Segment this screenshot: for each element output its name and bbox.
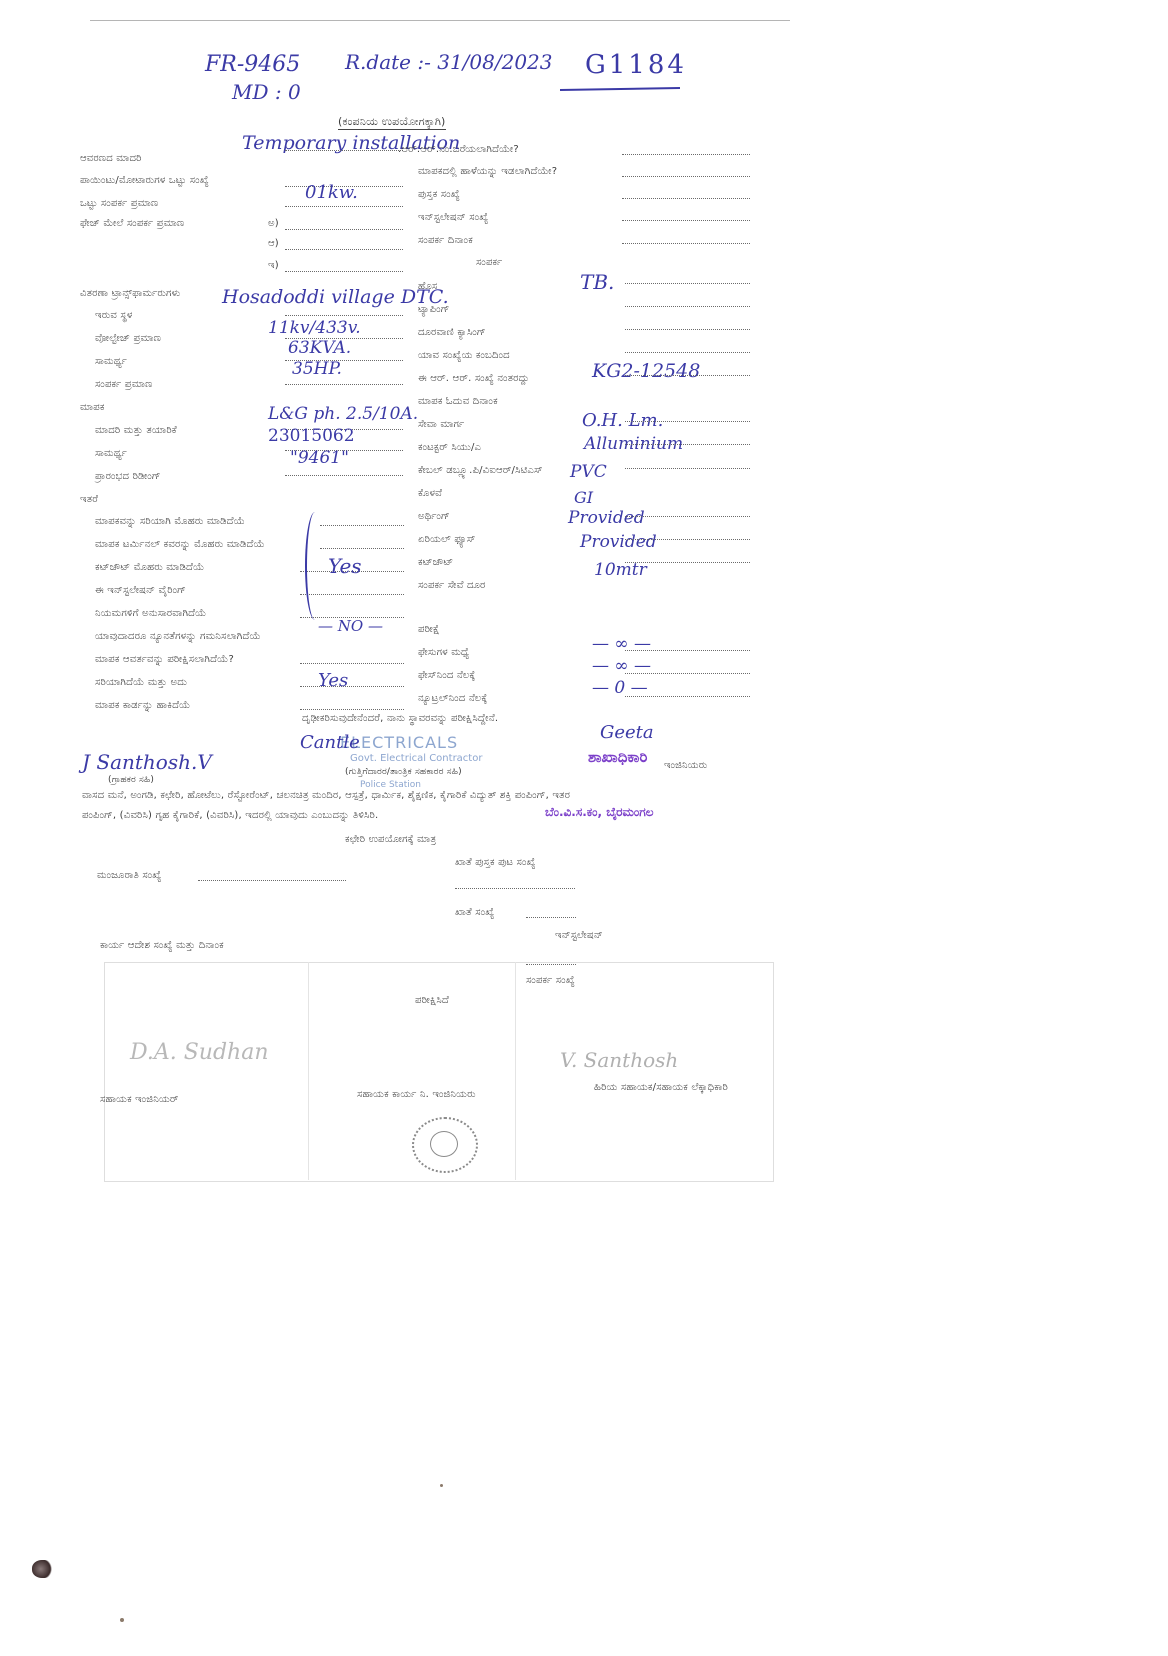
pole-no-line: [625, 352, 750, 353]
rr-written-line: [622, 154, 750, 155]
between-phases-line: [625, 650, 750, 651]
rr-after-label: ಈ ಆರ್. ಆರ್. ಸಂಖ್ಯೆ ನಂತರದ್ದು: [418, 373, 529, 384]
phase-c-label: ಇ): [268, 260, 279, 271]
service-route-label: ಸೇವಾ ಮಾರ್ಗ: [418, 419, 464, 430]
cable-value: PVC: [570, 462, 607, 482]
consumer-sign-label: (ಗ್ರಾಹಕರ ಸಹಿ): [108, 775, 154, 785]
meter-capacity-value: 23015062: [268, 426, 355, 446]
capacity-value: 35HP.: [292, 359, 342, 379]
ledger-page-label: ಖಾತೆ ಪುಸ್ತಕ ಪುಟ ಸಂಖ್ಯೆ: [455, 857, 536, 868]
rr-written-label: .ಆರ್.ಆರ್.ನಂ.ಬರೆಯಲಾಗಿದೆಯೇ?: [398, 144, 519, 155]
check-meter-card: ಮಾಪಕ ಕಾರ್ಡನ್ನು ಹಾಕಿದೆಯೆ: [95, 700, 191, 711]
cable-label: ಕೇಬಲ್ ಡಬ್ಲ್ಯೂ.ಪಿ/ವಿಐಆರ್/ಸಿಟಿಎಸ್: [418, 465, 543, 476]
total-load-line: [285, 206, 403, 207]
phase-a-line: [285, 229, 403, 230]
initial-reading-value: "9461": [290, 448, 349, 468]
location-value: 11kv/433v.: [268, 318, 361, 338]
installation-label: ಇನ್‌ಸ್ಟಲೇಷನ್: [555, 930, 603, 941]
usage-note-line-1: ವಾಸದ ಮನೆ, ಅಂಗಡಿ, ಕಛೇರಿ, ಹೋಟೆಲು, ರೆಸ್ಟೋರೆ…: [82, 790, 570, 801]
tapping-label: ಟ್ಯಾಪಿಂಗ್: [418, 304, 450, 315]
scan-blot: [32, 1560, 54, 1578]
check-defects-noted: ಯಾವುದಾದರೂ ನ್ಯೂನತೆಗಳನ್ನು ಗಮನಿಸಲಾಗಿದೆಯೆ: [95, 631, 261, 642]
premises-model-label: ಆವರಣದ ಮಾದರಿ: [80, 153, 142, 164]
tapping-line: [625, 306, 750, 307]
transformer-value: Hosadoddi village DTC.: [222, 286, 449, 308]
account-no-label: ಖಾತೆ ಸಂಖ್ಯೆ: [455, 907, 495, 918]
phase-a-label: ಅ): [268, 218, 279, 229]
check-cutout-sealed: ಕಟ್‌ಜೌಟ್ ಮೊಹರು ಮಾಡಿದೆಯೆ: [95, 562, 204, 573]
ledger-page-line: [455, 888, 575, 889]
contractor-signature: Cantle: [300, 732, 360, 753]
book-no-label: ಪುಸ್ತಕ ಸಂಖ್ಯೆ: [418, 189, 460, 200]
check-line-2: [320, 548, 404, 549]
engineer-stamp-address: ಬೆಂ.ವಿ.ಸ.ಕಂ, ಬೈರಮಂಗಲ: [545, 805, 654, 820]
between-phases-value: — ∞ —: [592, 634, 651, 654]
new-label: ಹೊಸ: [418, 281, 437, 292]
verified-label: ಪರೀಕ್ಷಿಸಿದೆ: [415, 995, 449, 1006]
approval-divider-1: [308, 962, 309, 1180]
contactor-label: ಕಂಟಕ್ಟರ್ ಸಿಯು/ಎ: [418, 442, 481, 453]
service-route-line: [625, 421, 750, 422]
phase-load-label: ಫೇಜ್ ಮೇಲೆ ಸಂಪರ್ಕ ಪ್ರಮಾಣ: [80, 218, 184, 229]
voltage-label: ವೋಲ್ಟೇಜ್ ಪ್ರಮಾಣ: [95, 333, 161, 344]
handwritten-brace: [305, 512, 325, 620]
earthing-line: [625, 516, 750, 517]
certification-statement: ದೃಢೀಕರಿಸುವುದೇನೆಂದರೆ, ನಾನು ಸ್ಥಾವರವನ್ನು ಪರ…: [302, 713, 498, 724]
initial-reading-line: [285, 475, 403, 476]
phase-to-earth-label: ಫೇಸ್‌ನಿಂದ ನೆಲಕ್ಕೆ: [418, 670, 475, 681]
sanction-no-line: [198, 880, 346, 881]
meter-sheet-label: ಮಾಪಕದಲ್ಲಿ ಹಾಳೆಯನ್ನು ಇಡಲಾಗಿದೆಯೇ?: [418, 166, 557, 177]
phase-c-line: [285, 271, 403, 272]
reading-date-label: ಮಾಪಕ ಓದುವ ದಿನಾಂಕ: [418, 396, 498, 407]
file-ref-annotation: FR-9465: [205, 52, 300, 77]
check-terminal-cover-sealed: ಮಾಪಕ ಟರ್ಮಿನಲ್ ಕವರನ್ನು ಮೊಹರು ಮಾಡಿದೆಯೆ: [95, 539, 265, 550]
scan-speck: [440, 1484, 443, 1487]
book-no-line: [622, 198, 750, 199]
work-order-label: ಕಾರ್ಯ ಆದೇಶ ಸಂಖ್ಯೆ ಮತ್ತು ದಿನಾಂಕ: [100, 940, 224, 951]
ref-underline: [560, 87, 680, 91]
meter-capacity-label: ಸಾಮರ್ಥ್ಯ: [95, 448, 127, 459]
connection-heading: ಸಂಪರ್ಕ: [476, 257, 502, 268]
new-line: [625, 283, 750, 284]
reference-number: G1184: [585, 50, 687, 80]
rr-after-value: KG2-12548: [592, 360, 700, 382]
approval-divider-2: [515, 962, 516, 1180]
engineer-stamp: ಶಾಖಾಧಿಕಾರಿ: [588, 748, 647, 766]
check-line-1: [320, 525, 404, 526]
engineer-signature: Geeta: [600, 722, 654, 743]
pipe-label: ಕೊಳವೆ: [418, 488, 442, 499]
contactor-line: [625, 444, 750, 445]
check-line-7: [300, 663, 404, 664]
total-load-label: ಒಟ್ಟು ಸಂಪರ್ಕ ಪ್ರಮಾಣ: [80, 198, 158, 209]
location-label: ಇರುವ ಸ್ಥಳ: [95, 310, 133, 321]
earthing-label: ಅರ್ಥಿಂಗ್: [418, 511, 450, 522]
transformer-label: ವಿತರಣಾ ಟ್ರಾನ್ಸ್‌ಫಾರ್ಮರುಗಳು: [80, 288, 180, 299]
check-line-8: [300, 686, 404, 687]
phone-casing-label: ದೂರವಾಣಿ ಕ್ಯಾಸಿಂಗ್: [418, 327, 486, 338]
pole-no-label: ಯಾವ ಸಂಖ್ಯೆಯ ಕಂಬದಿಂದ: [418, 350, 510, 361]
senior-asst-signature: V. Santhosh: [560, 1048, 678, 1072]
defects-no-value: — NO —: [318, 617, 383, 635]
service-distance-value: 10mtr: [594, 560, 647, 580]
received-date-annotation: R.date :- 31/08/2023: [345, 50, 553, 74]
aerial-fuse-value: Provided: [580, 532, 657, 552]
check-installation-wiring: ಈ ಇನ್‌ಸ್ಟಲೇಷನ್ ವೈರಿಂಗ್: [95, 585, 186, 596]
cable-line: [625, 468, 750, 469]
contractor-sign-label: (ಗುತ್ತಿಗೆದಾರರ/ತಾಂತ್ರಿಕ ಸಹಕಾರರ ಸಹಿ): [345, 767, 462, 777]
account-no-line: [526, 917, 576, 918]
initial-reading-label: ಪ್ರಾರಂಭದ ರಿಡೀಂಗ್: [95, 471, 161, 482]
service-distance-label: ಸಂಪರ್ಕ ಸೇವೆ ದೂರ: [418, 580, 486, 591]
pipe-value: GI: [574, 488, 593, 507]
md-annotation: MD : 0: [232, 80, 301, 104]
aerial-fuse-line: [625, 539, 750, 540]
rr-after-line: [625, 375, 750, 376]
asst-exec-engineer-label: ಸಹಾಯಕ ಕಾರ್ಯ ನಿ. ಇಂಜಿನಿಯರು: [357, 1089, 476, 1100]
meter-model-value: L&G ph. 2.5/10A.: [268, 404, 418, 424]
check-meter-rotation: ಮಾಪಕ ಆವರ್ತವನ್ನು ಪರೀಕ್ಷಿಸಲಾಗಿದೆಯೆ?: [95, 654, 234, 665]
checks-yes-value: Yes: [328, 554, 362, 578]
points-total-label: ಪಾಯಿಂಟು/ಮೋಟಾರುಗಳ ಒಟ್ಟು ಸಂಖ್ಯೆ: [80, 175, 209, 186]
contractor-stamp-address: Police Station: [360, 780, 421, 790]
between-phases-label: ಫೇಸುಗಳ ಮಧ್ಯೆ: [418, 647, 469, 658]
voltage-value: 63KVA.: [288, 338, 351, 358]
phase-b-line: [285, 249, 403, 250]
contractor-stamp-sub: Govt. Electrical Contractor: [350, 753, 482, 764]
new-value: TB.: [580, 270, 614, 294]
senior-asst-label: ಹಿರಿಯ ಸಹಾಯಕ/ಸಹಾಯಕ ಲೆಕ್ಕಾಧಿಕಾರಿ: [594, 1082, 728, 1093]
installation-no-label: ಇನ್‌ಸ್ಟಲೇಷನ್ ಸಂಖ್ಯೆ: [418, 212, 488, 223]
connection-date-label: ಸಂಪರ್ಕ ದಿನಾಂಕ: [418, 235, 473, 246]
connection-no-line: [526, 964, 576, 965]
connection-load-label: ಸಂಪರ್ಕ ಪ್ರಮಾಣ: [95, 379, 152, 390]
phase-b-label: ಆ): [268, 238, 279, 249]
meter-sheet-line: [622, 176, 750, 177]
capacity-label: ಸಾಮರ್ಥ್ಯ: [95, 356, 127, 367]
section-title: (ಕಂಪನಿಯ ಉಪಯೋಗಕ್ಕಾಗಿ): [338, 115, 446, 130]
test-label: ಪರೀಕ್ಷೆ: [418, 624, 440, 635]
cutout-label: ಕಟ್‌ಜೌಟ್: [418, 557, 453, 568]
earthing-value: Provided: [568, 508, 645, 528]
neutral-to-earth-label: ನ್ಯೂಟ್ರಲ್‌ನಿಂದ ನೆಲಕ್ಕೆ: [418, 693, 487, 704]
sanction-no-label: ಮಂಜೂರಾತಿ ಸಂಖ್ಯೆ: [97, 870, 162, 881]
usage-note-line-2: ಪಂಪಿಂಗ್, (ವಿವರಿಸಿ) ಗೃಹ ಕೈಗಾರಿಕೆ, (ವಿವರಿಸ…: [82, 810, 378, 821]
aerial-fuse-label: ಏರಿಯಲ್ ಫ್ಯೂಸ್: [418, 534, 475, 545]
others-label: ಇತರೆ: [80, 494, 98, 505]
meter-model-label: ಮಾದರಿ ಮತ್ತು ತಯಾರಿಕೆ: [95, 425, 177, 436]
neutral-to-earth-line: [625, 696, 750, 697]
rotation-yes-value: Yes: [318, 670, 348, 691]
check-meter-sealed: ಮಾಪಕವನ್ನು ಸರಿಯಾಗಿ ಮೊಹರು ಮಾಡಿದೆಯೆ: [95, 516, 245, 527]
connection-date-line: [622, 243, 750, 244]
phone-casing-line: [625, 329, 750, 330]
connection-no-label: ಸಂಪರ್ಕ ಸಂಖ್ಯೆ: [526, 975, 575, 986]
scan-speck: [120, 1618, 124, 1622]
scan-edge-line: [90, 20, 790, 21]
total-load-value: 01kw.: [305, 182, 358, 203]
meter-label: ಮಾಪಕ: [80, 402, 105, 413]
asst-engineer-label: ಸಹಾಯಕ ಇಂಜಿನಿಯರ್: [100, 1094, 179, 1105]
check-line-9: [300, 709, 404, 710]
connection-load-line: [285, 384, 403, 385]
location-line: [285, 315, 403, 316]
phase-to-earth-line: [625, 673, 750, 674]
premises-model-line: [285, 150, 403, 151]
installation-no-line: [622, 220, 750, 221]
neutral-to-earth-value: — 0 —: [592, 678, 648, 698]
consumer-signature: J Santhosh.V: [82, 750, 212, 774]
office-use-heading: ಕಛೇರಿ ಉಪಯೋಗಕ್ಕೆ ಮಾತ್ರ: [345, 834, 436, 845]
official-seal-icon: [412, 1117, 478, 1173]
engineer-label: ಇಂಜಿನಿಯರು: [664, 760, 707, 771]
asst-engineer-signature: D.A. Sudhan: [130, 1040, 269, 1065]
check-correct-and: ಸರಿಯಾಗಿದೆಯೆ ಮತ್ತು ಅದು: [95, 677, 187, 688]
check-per-rules: ನಿಯಮಗಳಿಗೆ ಅನುಸಾರವಾಗಿದೆಯೆ: [95, 608, 206, 619]
